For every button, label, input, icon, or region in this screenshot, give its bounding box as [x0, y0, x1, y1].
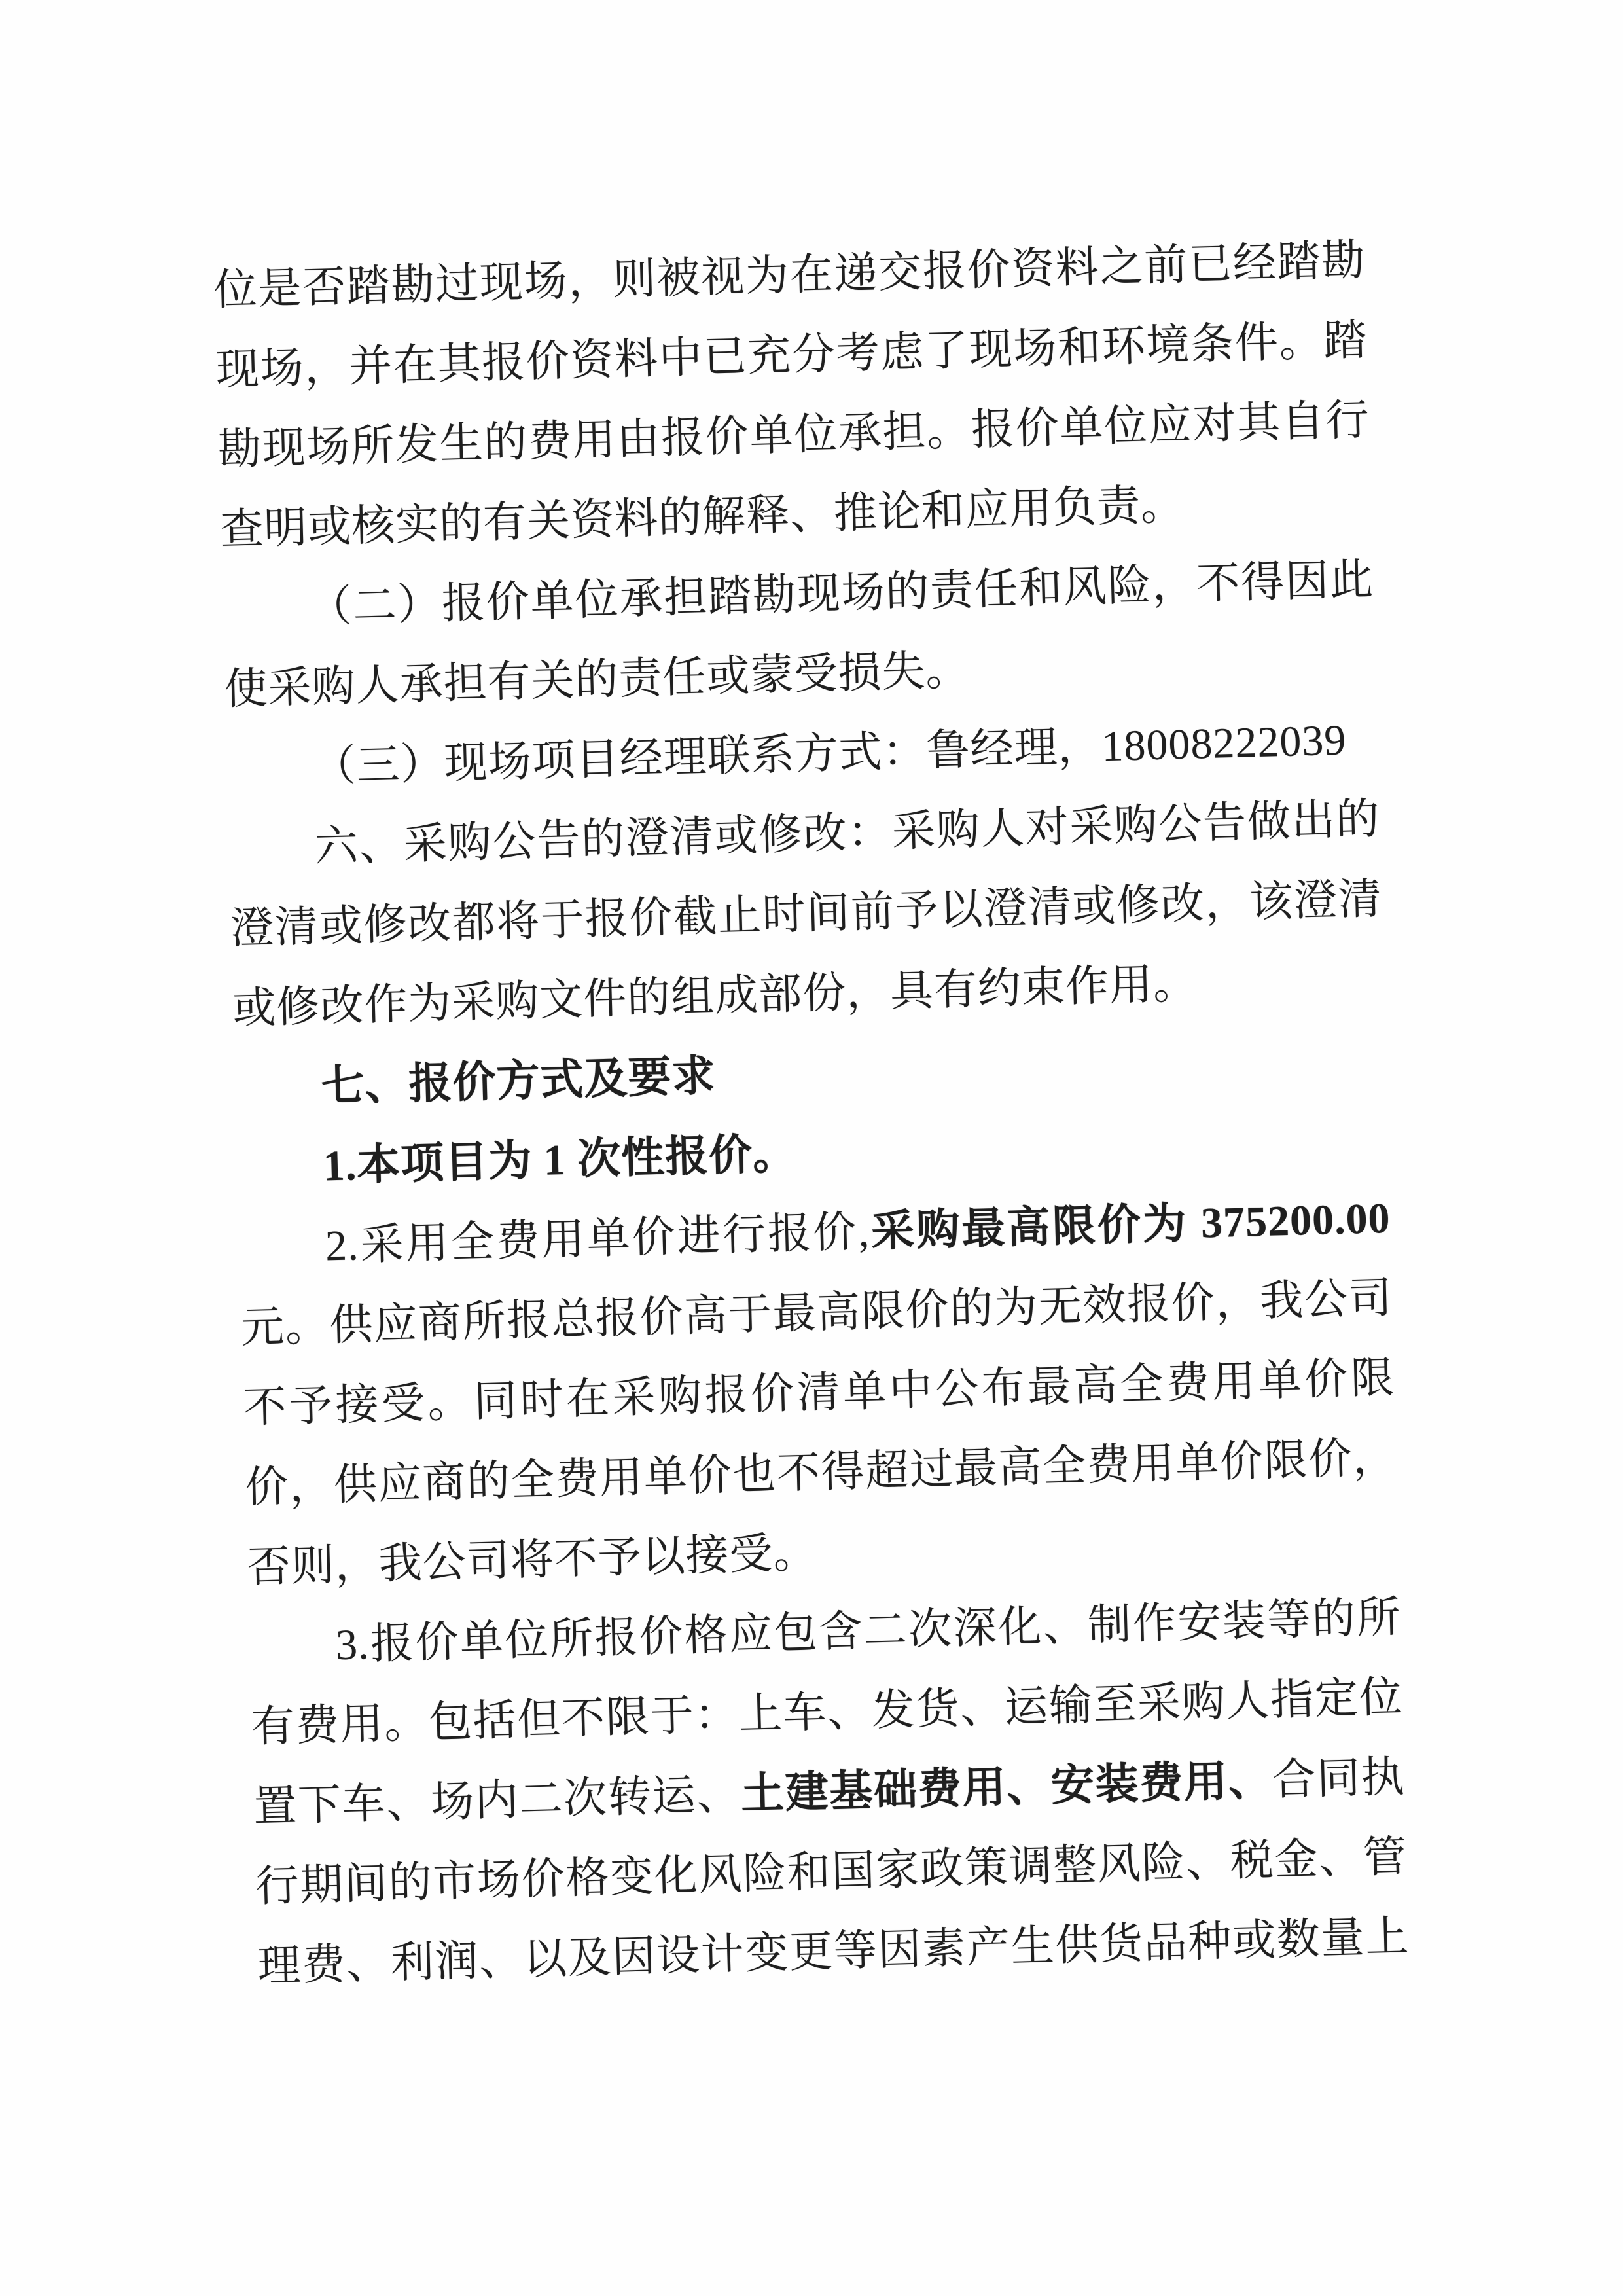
- bold-text-segment: 1.本项目为 1 次性报价。: [323, 1130, 797, 1191]
- text-segment: 价，供应商的全费用单价也不得超过最高全费用单价限价，: [245, 1434, 1397, 1512]
- text-segment: 2.采用全费用单价进行报价,: [325, 1208, 870, 1270]
- document-page: 位是否踏勘过现场，则被视为在递交报价资料之前已经踏勘现场，并在其报价资料中已充分…: [0, 0, 1623, 2296]
- text-segment: 置下车、场内二次转运、: [253, 1770, 741, 1831]
- text-segment: （三）现场项目经理联系方式：鲁经理，18008222039: [312, 716, 1347, 791]
- text-segment: 合同执: [1272, 1753, 1406, 1804]
- text-segment: 使采购人承担有关的责任或蒙受损失。: [224, 646, 971, 713]
- text-segment: （二）报价单位承担踏勘现场的责任和风险，不得因此: [308, 556, 1374, 632]
- text-segment: 澄清或修改都将于报价截止时间前予以澄清或修改，该澄清: [230, 875, 1382, 953]
- text-segment: 理费、利润、以及因设计变更等因素产生供货品种或数量上: [257, 1913, 1410, 1991]
- text-segment: 六、采购公告的澄清或修改：采购人对采购公告做出的: [314, 795, 1380, 871]
- text-segment: 否则，我公司将不予以接受。: [247, 1529, 818, 1592]
- text-segment: 查明或核实的有关资料的解释、推论和应用负责。: [219, 481, 1185, 554]
- text-segment: 有费用。包括但不限于：上车、发货、运输至采购人指定位: [251, 1674, 1403, 1751]
- text-segment: 元。供应商所报总报价高于最高限价的为无效报价，我公司: [240, 1274, 1393, 1352]
- bold-text-segment: 土建基础费用、安装费用、: [740, 1757, 1273, 1818]
- text-segment: 3.报价单位所报价格应包含二次深化、制作安装等的所: [335, 1594, 1401, 1670]
- text-segment: 现场，并在其报价资料中已充分考虑了现场和环境条件。踏: [215, 316, 1368, 394]
- text-segment: 或修改作为采购文件的组成部份，具有约束作用。: [232, 960, 1198, 1033]
- text-segment: 不予接受。同时在采购报价清单中公布最高全费用单价限: [243, 1354, 1395, 1432]
- text-segment: 位是否踏勘过现场，则被视为在递交报价资料之前已经踏勘: [213, 236, 1366, 314]
- document-lines: 位是否踏勘过现场，则被视为在递交报价资料之前已经踏勘现场，并在其报价资料中已充分…: [213, 221, 1410, 2007]
- text-segment: 勘现场所发生的费用由报价单位承担。报价单位应对其自行: [217, 396, 1370, 474]
- text-segment: 行期间的市场价格变化风险和国家政策调整风险、税金、管: [255, 1833, 1408, 1911]
- bold-text-segment: 七、报价方式及要求: [321, 1052, 717, 1111]
- bold-text-segment: 采购最高限价为 375200.00: [869, 1194, 1391, 1256]
